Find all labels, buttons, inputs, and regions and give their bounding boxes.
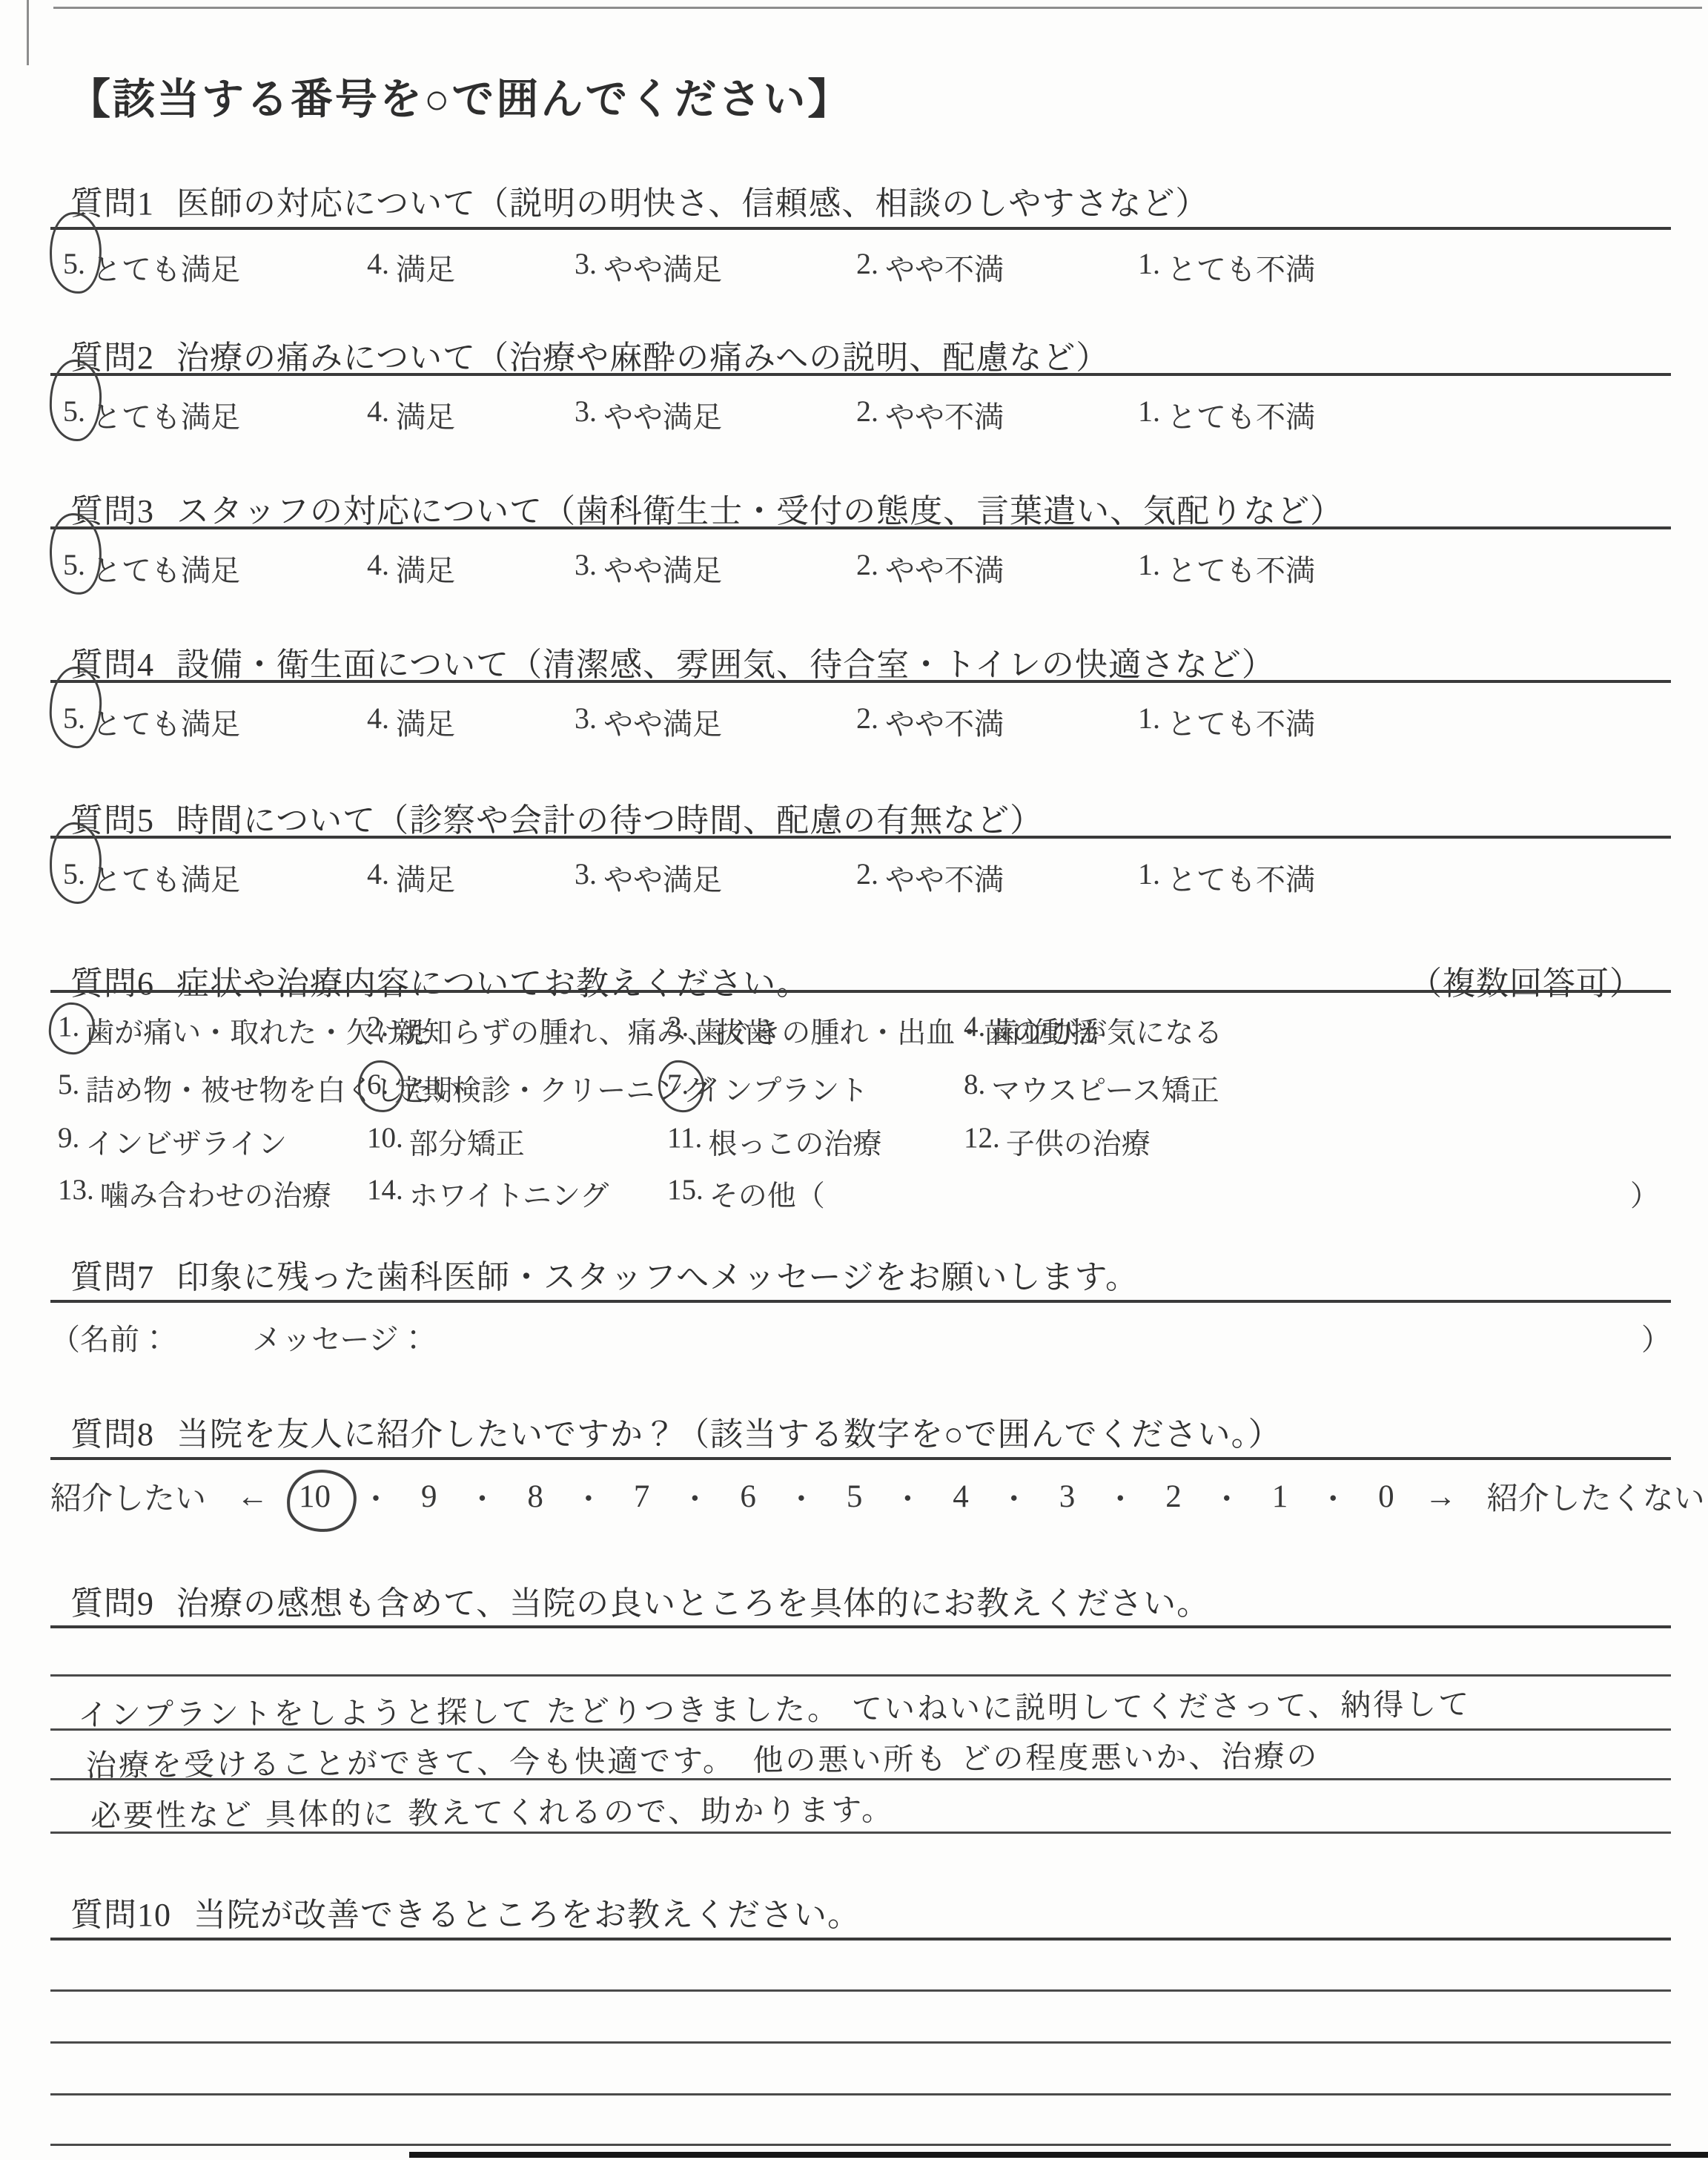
divider: [50, 227, 1671, 230]
q6-option-6-selected[interactable]: 6. 定期検診・クリーニング: [367, 1068, 667, 1109]
q6-option-2[interactable]: 2. 親知らずの腫れ、痛み、抜歯: [367, 1010, 667, 1051]
q3-rating-options: 5. とても満足 4. 満足 3. やや満足 2. やや不満 1. とても不満: [63, 547, 1315, 589]
question-8-number: 質問8: [70, 1407, 154, 1455]
question-4-header: 質問4 設備・衛生面について（清潔感、雰囲気、待合室・トイレの快適さなど）: [70, 638, 1275, 685]
q6-option-8[interactable]: 8. マウスピース矯正: [964, 1068, 1664, 1109]
question-6-title: 症状や治療内容についてお教えください。: [176, 957, 810, 1004]
q8-score-5[interactable]: 5: [847, 1479, 863, 1515]
q8-right-label: 紹介したくない: [1487, 1474, 1705, 1519]
divider: [50, 373, 1671, 376]
q6-options-row-3: 9. インビザライン 10. 部分矯正 11. 根っこの治療 12. 子供の治療: [58, 1121, 1664, 1163]
q2-option-1[interactable]: 1. とても不満: [1138, 394, 1315, 436]
answer-line: [50, 1989, 1671, 1992]
question-10-number: 質問10: [70, 1888, 171, 1935]
q6-options-row-4: 13. 噛み合わせの治療 14. ホワイトニング 15. その他（ ）: [58, 1173, 1664, 1215]
divider: [50, 1625, 1671, 1628]
q6-option-9[interactable]: 9. インビザライン: [58, 1121, 367, 1163]
q3-option-5-selected[interactable]: 5. とても満足: [63, 547, 367, 589]
scan-edge-top: [53, 7, 1702, 9]
answer-line: [50, 2144, 1671, 2146]
q8-scale-row: 紹介したい ← 10 ・ 9 ・ 8 ・ 7 ・ 6 ・ 5 ・ 4 ・ 3 ・…: [50, 1474, 1705, 1519]
q5-option-1[interactable]: 1. とても不満: [1138, 856, 1315, 899]
q8-score-2[interactable]: 2: [1165, 1479, 1182, 1515]
dot-separator: ・: [1105, 1476, 1135, 1518]
q2-rating-options: 5. とても満足 4. 満足 3. やや満足 2. やや不満 1. とても不満: [63, 394, 1315, 436]
q1-option-2[interactable]: 2. やや不満: [856, 246, 1138, 288]
q4-option-2[interactable]: 2. やや不満: [856, 701, 1138, 743]
question-2-header: 質問2 治療の痛みについて（治療や麻酔の痛みへの説明、配慮など）: [70, 331, 1109, 378]
q2-option-3[interactable]: 3. やや満足: [575, 394, 856, 436]
q8-score-8[interactable]: 8: [527, 1479, 543, 1515]
q6-option-5[interactable]: 5. 詰め物・被せ物を白くしたい: [58, 1068, 367, 1109]
q3-option-3[interactable]: 3. やや満足: [575, 547, 856, 589]
q6-option-4[interactable]: 4. 歯並びが気になる: [964, 1010, 1664, 1051]
dot-separator: ・: [467, 1476, 497, 1518]
question-1-header: 質問1 医師の対応について（説明の明快さ、信頼感、相談のしやすさなど）: [70, 176, 1208, 224]
q6-option-15[interactable]: 15. その他（: [667, 1173, 964, 1215]
q1-option-5-selected[interactable]: 5. とても満足: [63, 246, 367, 288]
question-5-number: 質問5: [70, 793, 154, 841]
question-2-number: 質問2: [70, 331, 154, 378]
q6-option-1-selected[interactable]: 1. 歯が痛い・取れた・欠けた: [58, 1010, 367, 1051]
dot-separator: ・: [1212, 1476, 1242, 1518]
q6-option-13[interactable]: 13. 噛み合わせの治療: [58, 1173, 367, 1215]
q2-option-5-selected[interactable]: 5. とても満足: [63, 394, 367, 436]
q1-option-1[interactable]: 1. とても不満: [1138, 246, 1315, 288]
question-6-header: 質問6 症状や治療内容についてお教えください。 （複数回答可）: [70, 957, 1643, 1004]
dot-separator: ・: [787, 1476, 816, 1518]
q5-rating-options: 5. とても満足 4. 満足 3. やや満足 2. やや不満 1. とても不満: [63, 856, 1315, 899]
divider: [50, 1457, 1671, 1460]
scanned-survey-page: 【該当する番号を○で囲んでください】 質問1 医師の対応について（説明の明快さ、…: [0, 0, 1708, 2160]
q6-option-14[interactable]: 14. ホワイトニング: [367, 1173, 667, 1215]
question-9-title: 治療の感想も含めて、当院の良いところを具体的にお教えください。: [176, 1576, 1210, 1624]
dot-separator: ・: [680, 1476, 709, 1518]
question-4-title: 設備・衛生面について（清潔感、雰囲気、待合室・トイレの快適さなど）: [176, 638, 1275, 685]
answer-line: [50, 2041, 1671, 2044]
left-arrow-icon: ←: [236, 1479, 268, 1515]
question-10-header: 質問10 当院が改善できるところをお教えください。: [70, 1888, 861, 1935]
q8-score-6[interactable]: 6: [740, 1479, 756, 1515]
question-8-header: 質問8 当院を友人に紹介したいですか？（該当する数字を○で囲んでください。）: [70, 1407, 1282, 1455]
q6-option-15-close-paren: ）: [964, 1173, 1664, 1215]
question-6-number: 質問6: [70, 957, 154, 1004]
question-9-number: 質問9: [70, 1576, 154, 1624]
scan-edge-bottom: [409, 2152, 1708, 2158]
q3-option-1[interactable]: 1. とても不満: [1138, 547, 1315, 589]
q6-option-3[interactable]: 3. 歯ぐきの腫れ・出血・歯の動揺: [667, 1010, 964, 1051]
q7-message-label: メッセージ：: [252, 1316, 428, 1358]
q3-option-2[interactable]: 2. やや不満: [856, 547, 1138, 589]
q8-score-4[interactable]: 4: [953, 1479, 969, 1515]
handwritten-answer-line-1: インプラントをしようと探して たどりつきました。 ていねいに説明してくださって、…: [78, 1680, 1472, 1734]
q8-score-9[interactable]: 9: [421, 1479, 437, 1515]
question-7-header: 質問7 印象に残った歯科医師・スタッフへメッセージをお願いします。: [70, 1250, 1139, 1298]
question-9-header: 質問9 治療の感想も含めて、当院の良いところを具体的にお教えください。: [70, 1576, 1210, 1624]
question-7-title: 印象に残った歯科医師・スタッフへメッセージをお願いします。: [176, 1250, 1139, 1298]
q6-option-11[interactable]: 11. 根っこの治療: [667, 1121, 964, 1163]
q5-option-2[interactable]: 2. やや不満: [856, 856, 1138, 899]
question-1-number: 質問1: [70, 176, 154, 224]
q8-left-label: 紹介したい: [50, 1474, 206, 1519]
question-6-note: （複数回答可）: [1409, 957, 1643, 1004]
divider: [50, 990, 1671, 993]
q2-option-2[interactable]: 2. やや不満: [856, 394, 1138, 436]
answer-line: [50, 2093, 1671, 2095]
q4-rating-options: 5. とても満足 4. 満足 3. やや満足 2. やや不満 1. とても不満: [63, 701, 1315, 743]
q5-option-4[interactable]: 4. 満足: [367, 856, 575, 899]
question-5-header: 質問5 時間について（診察や会計の待つ時間、配慮の有無など）: [70, 793, 1043, 841]
q2-option-4[interactable]: 4. 満足: [367, 394, 575, 436]
dot-separator: ・: [999, 1476, 1029, 1518]
right-arrow-icon: →: [1425, 1479, 1457, 1515]
question-1-title: 医師の対応について（説明の明快さ、信頼感、相談のしやすさなど）: [176, 176, 1208, 224]
q8-score-7[interactable]: 7: [634, 1479, 650, 1515]
question-7-number: 質問7: [70, 1250, 154, 1298]
dot-separator: ・: [893, 1476, 922, 1518]
q4-option-4[interactable]: 4. 満足: [367, 701, 575, 743]
question-5-title: 時間について（診察や会計の待つ時間、配慮の有無など）: [176, 793, 1043, 841]
question-4-number: 質問4: [70, 638, 154, 685]
q1-rating-options: 5. とても満足 4. 満足 3. やや満足 2. やや不満 1. とても不満: [63, 246, 1315, 288]
q3-option-4[interactable]: 4. 満足: [367, 547, 575, 589]
q6-options-row-1: 1. 歯が痛い・取れた・欠けた 2. 親知らずの腫れ、痛み、抜歯 3. 歯ぐきの…: [58, 1010, 1664, 1051]
q4-option-1[interactable]: 1. とても不満: [1138, 701, 1315, 743]
dot-separator: ・: [1318, 1476, 1348, 1518]
q6-option-10[interactable]: 10. 部分矯正: [367, 1121, 667, 1163]
answer-line: [50, 1674, 1671, 1677]
divider: [50, 1938, 1671, 1941]
q5-option-5-selected[interactable]: 5. とても満足: [63, 856, 367, 899]
question-3-header: 質問3 スタッフの対応について（歯科衛生士・受付の態度、言葉遣い、気配りなど）: [70, 484, 1343, 532]
q6-option-7-selected[interactable]: 7. インプラント: [667, 1068, 964, 1109]
divider: [50, 836, 1671, 839]
q4-option-5-selected[interactable]: 5. とても満足: [63, 701, 367, 743]
question-8-title: 当院を友人に紹介したいですか？（該当する数字を○で囲んでください。）: [176, 1407, 1282, 1455]
q1-option-3[interactable]: 3. やや満足: [575, 246, 856, 288]
page-title: 【該当する番号を○で囲んでください】: [68, 65, 852, 126]
divider: [50, 1300, 1671, 1303]
divider: [50, 680, 1671, 683]
q7-name-label: （名前：: [50, 1316, 169, 1358]
scan-edge-left: [27, 0, 29, 65]
q6-option-12[interactable]: 12. 子供の治療: [964, 1121, 1664, 1163]
question-10-title: 当院が改善できるところをお教えください。: [193, 1888, 861, 1935]
q8-score-1[interactable]: 1: [1272, 1479, 1288, 1515]
q7-close-paren: ）: [1641, 1316, 1671, 1358]
q8-score-0[interactable]: 0: [1378, 1479, 1394, 1515]
question-3-title: スタッフの対応について（歯科衛生士・受付の態度、言葉遣い、気配りなど）: [176, 484, 1343, 532]
q7-answer-row: （名前： メッセージ： ）: [50, 1316, 1671, 1358]
handwritten-answer-line-3: 必要性など 具体的に 教えてくれるので、助かります。: [90, 1785, 894, 1835]
q1-option-4[interactable]: 4. 満足: [367, 246, 575, 288]
q8-score-10-selected[interactable]: 10: [299, 1479, 331, 1515]
question-3-number: 質問3: [70, 484, 154, 532]
q8-score-3[interactable]: 3: [1059, 1479, 1076, 1515]
dot-separator: ・: [361, 1476, 391, 1518]
handwritten-answer-line-2: 治療を受けることができて、今も快適です。 他の悪い所も どの程度悪いか、治療の: [86, 1731, 1320, 1785]
q4-option-3[interactable]: 3. やや満足: [575, 701, 856, 743]
question-2-title: 治療の痛みについて（治療や麻酔の痛みへの説明、配慮など）: [176, 331, 1109, 378]
dot-separator: ・: [574, 1476, 603, 1518]
q5-option-3[interactable]: 3. やや満足: [575, 856, 856, 899]
q6-options-row-2: 5. 詰め物・被せ物を白くしたい 6. 定期検診・クリーニング 7. インプラン…: [58, 1068, 1664, 1109]
divider: [50, 526, 1671, 529]
